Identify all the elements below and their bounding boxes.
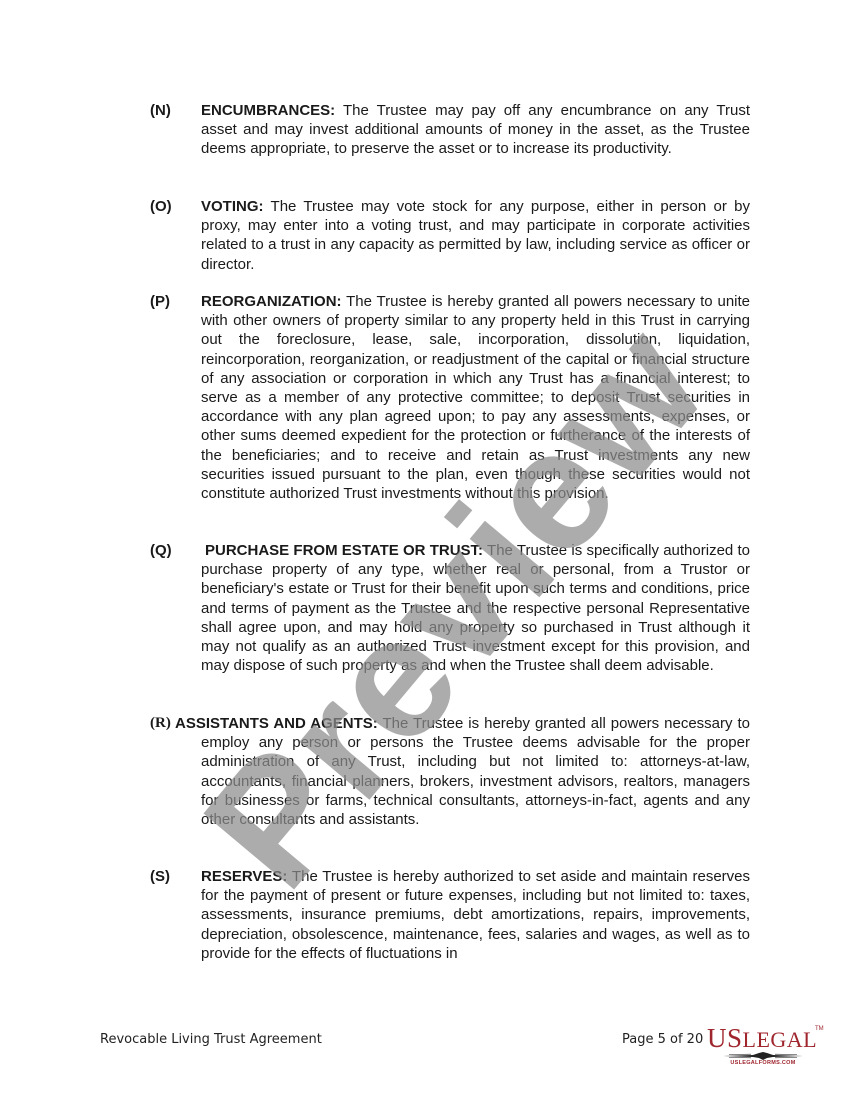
clause-heading: RESERVES: — [201, 868, 287, 885]
clause-p-reorganization: (P) REORGANIZATION: The Trustee is hereb… — [150, 292, 750, 503]
clause-heading: ASSISTANTS AND AGENTS: — [175, 715, 378, 732]
clause-text: The Trustee may vote stock for any purpo… — [201, 198, 750, 273]
clause-label: (O) — [150, 197, 172, 216]
clause-body: ENCUMBRANCES: The Trustee may pay off an… — [201, 101, 750, 159]
clause-text: The Trustee is hereby granted all powers… — [201, 293, 750, 502]
logo-url: USLEGALFORMS.COM — [707, 1060, 819, 1066]
document-page: (N) ENCUMBRANCES: The Trustee may pay of… — [0, 0, 850, 1100]
clause-r-assistants-and-agents: (R) ASSISTANTS AND AGENTS: The Trustee i… — [150, 714, 750, 829]
clause-text: The Trustee is specifically authorized t… — [201, 542, 750, 674]
clause-heading: VOTING: — [201, 198, 264, 215]
clause-label: (P) — [150, 292, 170, 311]
clause-heading: REORGANIZATION: — [201, 293, 342, 310]
clause-body: PURCHASE FROM ESTATE OR TRUST: The Trust… — [201, 541, 750, 675]
logo-wordmark: USLEGAL — [707, 1024, 817, 1054]
clause-body: RESERVES: The Trustee is hereby authoriz… — [201, 867, 750, 963]
clause-label: (R) — [150, 714, 171, 733]
clause-heading: ENCUMBRANCES: — [201, 102, 335, 119]
clause-s-reserves: (S) RESERVES: The Trustee is hereby auth… — [150, 867, 750, 963]
clause-body: REORGANIZATION: The Trustee is hereby gr… — [201, 292, 750, 503]
uslegal-logo: USLEGAL TM USLEGALFORMS.COM — [707, 1024, 822, 1069]
footer-document-title: Revocable Living Trust Agreement — [100, 1032, 322, 1047]
clause-n-encumbrances: (N) ENCUMBRANCES: The Trustee may pay of… — [150, 101, 750, 159]
clause-o-voting: (O) VOTING: The Trustee may vote stock f… — [150, 197, 750, 274]
footer-page-number: Page 5 of 20 — [622, 1032, 703, 1047]
clause-label: (N) — [150, 101, 171, 120]
eagle-icon — [723, 1052, 803, 1060]
clause-heading: PURCHASE FROM ESTATE OR TRUST: — [201, 542, 483, 559]
clause-body: VOTING: The Trustee may vote stock for a… — [201, 197, 750, 274]
clause-body: ASSISTANTS AND AGENTS: The Trustee is he… — [201, 714, 750, 829]
clause-q-purchase-from-estate: (Q) PURCHASE FROM ESTATE OR TRUST: The T… — [150, 541, 750, 675]
clause-label: (S) — [150, 867, 170, 886]
trademark-mark: TM — [815, 1026, 824, 1032]
clause-label: (Q) — [150, 541, 172, 560]
